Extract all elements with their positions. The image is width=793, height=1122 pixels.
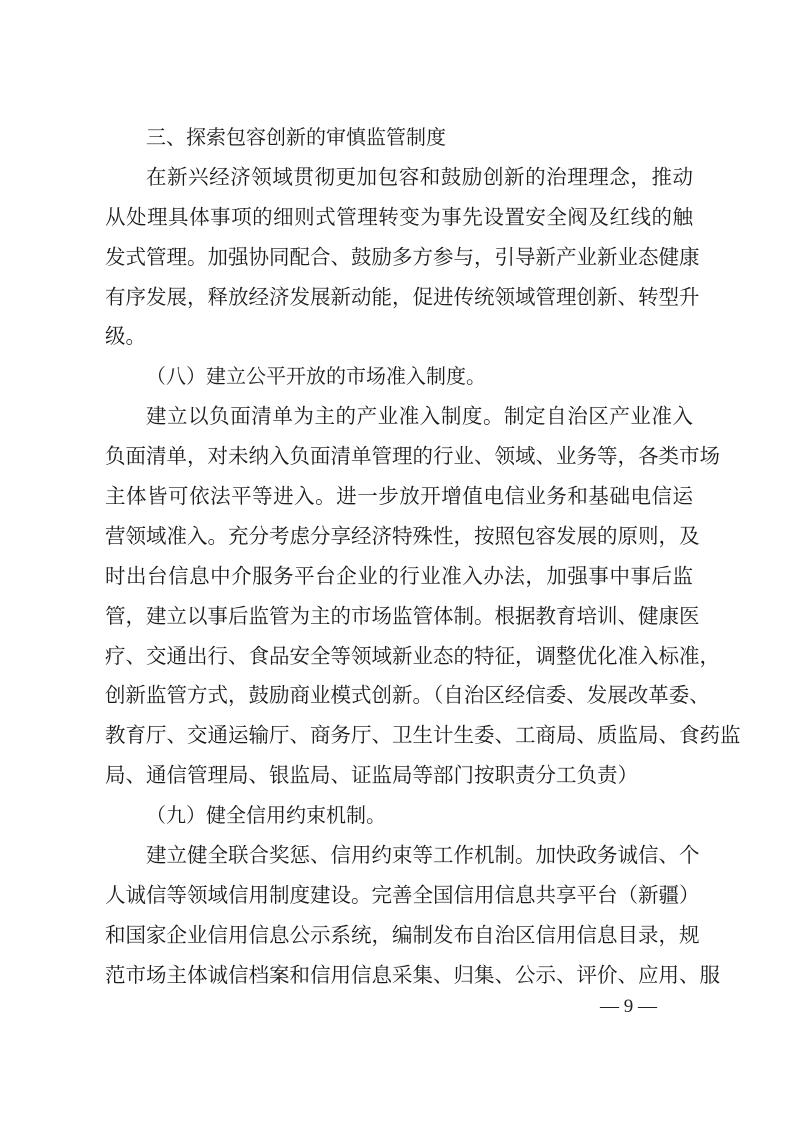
paragraph-line: 级。	[105, 317, 693, 357]
paragraph-line: 局、通信管理局、银监局、证监局等部门按职责分工负责）	[105, 756, 693, 796]
paragraph-line: 负面清单，对未纳入负面清单管理的行业、领域、业务等，各类市场	[105, 437, 693, 477]
paragraph-line: 营领域准入。充分考虑分享经济特殊性，按照包容发展的原则，及	[105, 517, 693, 557]
paragraph-line: 建立健全联合奖惩、信用约束等工作机制。加快政务诚信、个	[105, 836, 693, 876]
paragraph-line: 管，建立以事后监管为主的市场监管体制。根据教育培训、健康医	[105, 597, 693, 637]
document-page: 三、探索包容创新的审慎监管制度 在新兴经济领域贯彻更加包容和鼓励创新的治理理念，…	[105, 118, 693, 996]
paragraph-line: 教育厅、交通运输厅、商务厅、卫生计生委、工商局、质监局、食药监	[105, 716, 693, 756]
paragraph-line: 在新兴经济领域贯彻更加包容和鼓励创新的治理理念，推动	[105, 158, 693, 198]
paragraph-line: 和国家企业信用信息公示系统，编制发布自治区信用信息目录，规	[105, 916, 693, 956]
paragraph-line: 疗、交通出行、食品安全等领域新业态的特征，调整优化准入标准，	[105, 637, 693, 677]
paragraph-line: 范市场主体诚信档案和信用信息采集、归集、公示、评价、应用、服	[105, 956, 693, 996]
paragraph-market-access: 建立以负面清单为主的产业准入制度。制定自治区产业准入 负面清单，对未纳入负面清单…	[105, 397, 693, 796]
subheading-credit-constraint: （九）健全信用约束机制。	[105, 796, 693, 836]
paragraph-line: 创新监管方式，鼓励商业模式创新。（自治区经信委、发展改革委、	[105, 676, 693, 716]
paragraph-line: 有序发展，释放经济发展新动能，促进传统领域管理创新、转型升	[105, 278, 693, 318]
paragraph-line: 人诚信等领域信用制度建设。完善全国信用信息共享平台（新疆）	[105, 876, 693, 916]
paragraph-credit-constraint: 建立健全联合奖惩、信用约束等工作机制。加快政务诚信、个 人诚信等领域信用制度建设…	[105, 836, 693, 996]
paragraph-line: 建立以负面清单为主的产业准入制度。制定自治区产业准入	[105, 397, 693, 437]
paragraph-line: 从处理具体事项的细则式管理转变为事先设置安全阀及红线的触	[105, 198, 693, 238]
paragraph-line: 发式管理。加强协同配合、鼓励多方参与，引导新产业新业态健康	[105, 238, 693, 278]
subheading-market-access: （八）建立公平开放的市场准入制度。	[105, 357, 693, 397]
paragraph-line: 主体皆可依法平等进入。进一步放开增值电信业务和基础电信运	[105, 477, 693, 517]
paragraph-inclusive-regulation: 在新兴经济领域贯彻更加包容和鼓励创新的治理理念，推动 从处理具体事项的细则式管理…	[105, 158, 693, 357]
page-number: — 9 —	[600, 996, 657, 1018]
section-heading: 三、探索包容创新的审慎监管制度	[105, 118, 693, 158]
paragraph-line: 时出台信息中介服务平台企业的行业准入办法，加强事中事后监	[105, 557, 693, 597]
